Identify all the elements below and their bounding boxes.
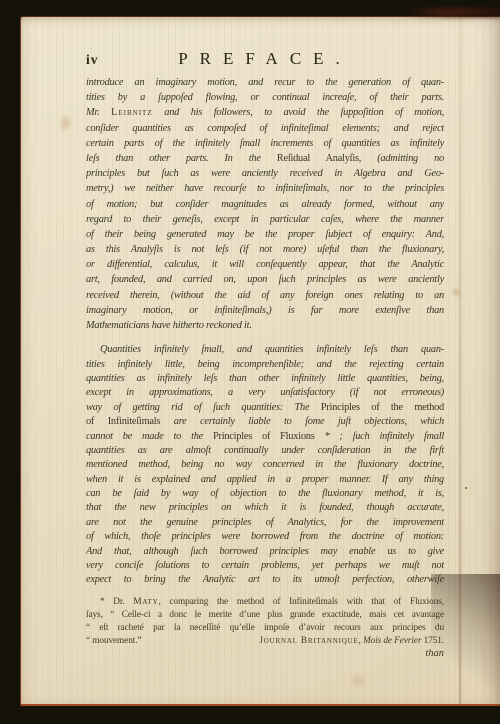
text-line: imaginary motion, or infiniteſimals,) is…	[86, 303, 444, 318]
text-line: except in approximations, a very unſatis…	[86, 386, 444, 400]
text-segment: imaginary motion, or infiniteſimals,) is…	[86, 305, 444, 316]
text-line: can be ſaid by way of objection to the f…	[86, 487, 444, 501]
text-segment: mentioned method, being no way concerned…	[86, 459, 444, 470]
text-segment: that the new principles on which it is f…	[86, 502, 444, 513]
paragraph-2: Quantities infinitely ſmall, and quantit…	[86, 343, 444, 588]
text-segment: metry,) we neither have recourſe to infi…	[86, 183, 444, 194]
text-line: And that, although ſuch borrowed princip…	[86, 545, 444, 559]
text-segment: conſider quantities as compoſed of infin…	[86, 123, 444, 134]
text-line: Quantities infinitely ſmall, and quantit…	[86, 343, 444, 357]
text-line: received therein, (without the aid of an…	[86, 288, 444, 303]
text-line: Mr. Leibnitz and his followers, to avoid…	[86, 105, 444, 120]
text-segment: Leibnitz	[111, 107, 153, 118]
text-segment: when it is explained and applied in a pr…	[86, 474, 444, 485]
text-segment: Quantities infinitely ſmall, and quantit…	[100, 344, 444, 355]
text-segment: Principles of Fluxions	[213, 431, 315, 442]
text-segment: Principles of the method	[321, 402, 444, 413]
text-segment: And that, although ſuch borrowed princip…	[86, 546, 444, 557]
text-line: * Dr. Maty, comparing the method of Infi…	[86, 596, 444, 609]
text-segment: way of getting rid of ſuch quantities: T…	[86, 402, 321, 413]
text-segment: * ; ſuch infinitely ſmall	[315, 431, 444, 442]
text-line: of which, thoſe principles were borrowed…	[86, 530, 444, 544]
text-segment: of their being generated may be the prop…	[86, 229, 444, 240]
text-line: that the new principles on which it is f…	[86, 501, 444, 515]
page-number: iv	[86, 52, 99, 68]
text-segment: of motion; but conſider magnitudes as al…	[86, 199, 444, 210]
text-segment: Mathematicians have hitherto reckoned it…	[86, 320, 252, 331]
text-line: introduce an imaginary motion, and recur…	[86, 75, 444, 90]
text-segment: ſays, “ Celle-ci a donc le merite d’une …	[86, 610, 444, 620]
text-segment: can be ſaid by way of objection to the f…	[86, 488, 444, 499]
page-header: iv PREFACE.	[86, 47, 444, 69]
text-segment: Journal Britannique	[259, 635, 358, 648]
text-line: certain parts of the infinitely ſmall in…	[86, 136, 444, 151]
text-segment: certain parts of the infinitely ſmall in…	[86, 138, 444, 149]
text-segment: regard to their geneſis, except in parti…	[86, 214, 444, 225]
text-segment: cannot be made to the	[86, 431, 213, 442]
text-line: leſs than other parts. In the Reſidual A…	[86, 151, 444, 166]
background-shadow	[405, 8, 500, 17]
text-segment: (admitting no	[361, 153, 444, 164]
text-segment: Reſidual Analyſis,	[277, 153, 361, 164]
text-segment: quantities as are almoſt continually und…	[86, 445, 444, 456]
text-line: very conciſe ſolutions to certain proble…	[86, 559, 444, 573]
text-line: quantities as are almoſt continually und…	[86, 444, 444, 458]
text-line: or differential, calculus, it will conſe…	[86, 257, 444, 272]
text-segment: of which, thoſe principles were borrowed…	[86, 531, 444, 542]
text-line: expect to bring the Analytic art to its …	[86, 573, 444, 587]
text-segment: are not the genuine principles of Analyt…	[86, 517, 444, 528]
text-segment: tities by a ſuppoſed flowing, or continu…	[86, 92, 444, 103]
text-line: principles but ſuch as were anciently re…	[86, 166, 444, 181]
text-line: regard to their geneſis, except in parti…	[86, 212, 444, 227]
photo-background: iv PREFACE. introduce an imaginary motio…	[0, 0, 500, 724]
text-segment: or differential, calculus, it will conſe…	[86, 259, 444, 270]
text-segment: of Infiniteſimals	[86, 416, 160, 427]
text-segment: principles but ſuch as were anciently re…	[86, 168, 444, 179]
ink-speck	[465, 487, 467, 489]
text-line: ſays, “ Celle-ci a donc le merite d’une …	[86, 609, 444, 622]
text-line: when it is explained and applied in a pr…	[86, 473, 444, 487]
text-line: quantities as infinitely leſs than other…	[86, 372, 444, 386]
text-line: conſider quantities as compoſed of infin…	[86, 121, 444, 136]
text-segment: Mr.	[86, 107, 111, 118]
text-segment: art, founded, and carried on, upon ſuch …	[86, 274, 444, 285]
page-text: introduce an imaginary motion, and recur…	[86, 75, 444, 647]
text-column: iv PREFACE. introduce an imaginary motio…	[86, 47, 444, 660]
text-line: “ eſt racheté par la neceſſité qu’elle i…	[86, 622, 444, 635]
paragraph-1: introduce an imaginary motion, and recur…	[86, 75, 444, 333]
text-line: are not the genuine principles of Analyt…	[86, 516, 444, 530]
text-segment: expect to bring the Analytic art to its …	[86, 574, 444, 585]
text-segment	[142, 635, 260, 648]
text-line: way of getting rid of ſuch quantities: T…	[86, 401, 444, 415]
catchword: than	[86, 647, 444, 660]
text-segment: Mois de Fevrier	[363, 635, 421, 648]
text-segment: tities infinitely little, being incompre…	[86, 359, 444, 370]
text-segment: Maty	[133, 597, 158, 607]
text-line: tities infinitely little, being incompre…	[86, 358, 444, 372]
text-line: of their being generated may be the prop…	[86, 227, 444, 242]
text-line: “ mouvement.”Journal Britannique, Mois d…	[86, 635, 444, 648]
foxing-stain	[61, 117, 70, 129]
text-segment: * Dr.	[100, 597, 133, 607]
text-segment: very conciſe ſolutions to certain proble…	[86, 560, 444, 571]
page-title: PREFACE.	[178, 49, 352, 69]
text-segment: except in approximations, a very unſatis…	[86, 387, 444, 398]
text-segment: are certainly liable to ſome juſt object…	[160, 416, 444, 427]
book-page: iv PREFACE. introduce an imaginary motio…	[20, 16, 500, 706]
text-segment: introduce an imaginary motion, and recur…	[86, 77, 444, 88]
text-line: tities by a ſuppoſed flowing, or continu…	[86, 90, 444, 105]
text-segment: leſs than other parts. In the	[86, 153, 277, 164]
text-line: of Infiniteſimals are certainly liable t…	[86, 415, 444, 429]
foxing-stain	[351, 677, 365, 685]
text-segment: quantities as infinitely leſs than other…	[86, 373, 444, 384]
text-segment: and his followers, to avoid the ſuppoſit…	[153, 107, 444, 118]
text-line: cannot be made to the Principles of Flux…	[86, 430, 444, 444]
text-line: Mathematicians have hitherto reckoned it…	[86, 318, 444, 333]
text-line: as this Analyſis is not leſs (if not mor…	[86, 242, 444, 257]
text-segment: 1751.	[421, 635, 444, 648]
text-line: metry,) we neither have recourſe to infi…	[86, 181, 444, 196]
text-line: mentioned method, being no way concerned…	[86, 458, 444, 472]
text-line: art, founded, and carried on, upon ſuch …	[86, 272, 444, 287]
text-segment: as this Analyſis is not leſs (if not mor…	[86, 244, 444, 255]
text-segment: received therein, (without the aid of an…	[86, 290, 444, 301]
text-segment: “ eſt racheté par la neceſſité qu’elle i…	[86, 623, 444, 633]
text-line: of motion; but conſider magnitudes as al…	[86, 197, 444, 212]
footnote: * Dr. Maty, comparing the method of Infi…	[86, 596, 444, 648]
text-segment: “ mouvement.”	[86, 635, 142, 648]
text-segment: , comparing the method of Infiniteſimals…	[158, 597, 444, 607]
